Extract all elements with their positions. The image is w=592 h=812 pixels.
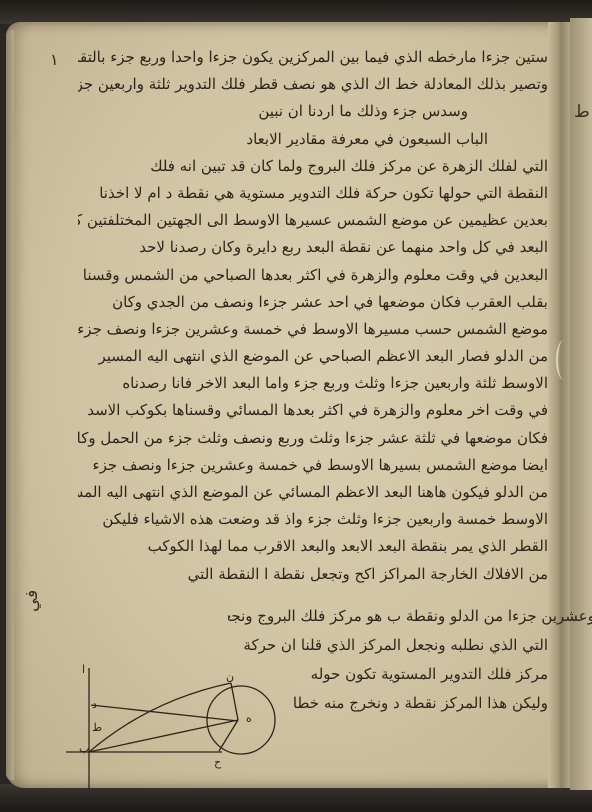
epicycle-circle — [207, 686, 275, 754]
chapter-heading: الباب السبعون في معرفة مقادير الابعاد — [78, 126, 548, 153]
label-t: ط — [92, 721, 102, 734]
label-top-axis: ا — [82, 663, 85, 676]
text-line: وسدس جزء وذلك ما اردنا ان نبين — [78, 98, 548, 125]
text-line: الاوسط خمسة واربعين جزءا وثلث جزء واذ قد… — [78, 506, 548, 533]
binding-thread — [556, 340, 572, 380]
text-line: البعد في كل واحد منهما عن نقطة البعد ربع… — [78, 234, 548, 261]
radius-bottom — [219, 720, 238, 751]
text-line: من الدلو فصار البعد الاعظم الصباحي عن ال… — [78, 343, 548, 370]
book-gutter — [548, 22, 570, 788]
facing-page-glyph: ط — [574, 102, 590, 122]
folio-number: ١ — [50, 50, 59, 69]
geometric-diagram: ا د ط ب ج ن ه ح — [60, 630, 290, 790]
text-line: موضع الشمس حسب مسيرها الاوسط في خمسة وعش… — [78, 316, 548, 343]
label-b: ب — [79, 742, 89, 755]
text-line: بقلب العقرب فكان موضعها في احد عشر جزءا … — [78, 289, 548, 316]
label-d: د — [92, 698, 97, 711]
main-text-block: ستين جزءا مارخطه الذي فيما بين المركزين … — [78, 44, 548, 588]
line-base-center — [89, 720, 238, 752]
text-line: القطر الذي يمر بنقطة البعد الابعد والبعد… — [78, 533, 548, 560]
text-line: النقطة التي حولها تكون حركة فلك التدوير … — [78, 180, 548, 207]
label-circle-center: ه — [246, 712, 252, 725]
text-line: بعدين عظيمين عن موضع الشمس عسيرها الاوسط… — [78, 207, 548, 234]
text-line: التي لفلك الزهرة عن مركز فلك البروج ولما… — [78, 153, 548, 180]
text-line: البعدين في وقت معلوم والزهرة في اكثر بعد… — [78, 262, 548, 289]
top-shadow — [0, 0, 592, 24]
text-line: فكان موضعها في ثلثة عشر جزءا وثلث وربع و… — [78, 425, 548, 452]
text-line: من الافلاك الخارجة المراكز اكح وتجعل نقط… — [78, 561, 548, 588]
facing-page-edge — [570, 18, 592, 790]
text-line: ستين جزءا مارخطه الذي فيما بين المركزين … — [78, 44, 548, 71]
text-line: وتصير بذلك المعادلة خط اك الذي هو نصف قط… — [78, 71, 548, 98]
text-line: مركزها خمسة وعشرين جزءا من الدلو ونقطة ب… — [228, 602, 592, 631]
label-circle-top: ن — [226, 670, 234, 683]
line-d-center — [91, 705, 238, 721]
page-edge — [6, 30, 14, 780]
text-line: الاوسط ثلثة واربعين جزءا وثلث وربع جزء و… — [78, 370, 548, 397]
label-circle-bottom: ح — [214, 756, 222, 769]
margin-note: في — [22, 590, 42, 612]
text-line: من الدلو فيكون هاهنا البعد الاعظم المسائ… — [78, 479, 548, 506]
text-line: ايضا موضع الشمس بسيرها الاوسط في خمسة وع… — [78, 452, 548, 479]
radius-top — [231, 683, 238, 720]
text-line: في وقت اخر معلوم والزهرة في اكثر بعدها ا… — [78, 397, 548, 424]
